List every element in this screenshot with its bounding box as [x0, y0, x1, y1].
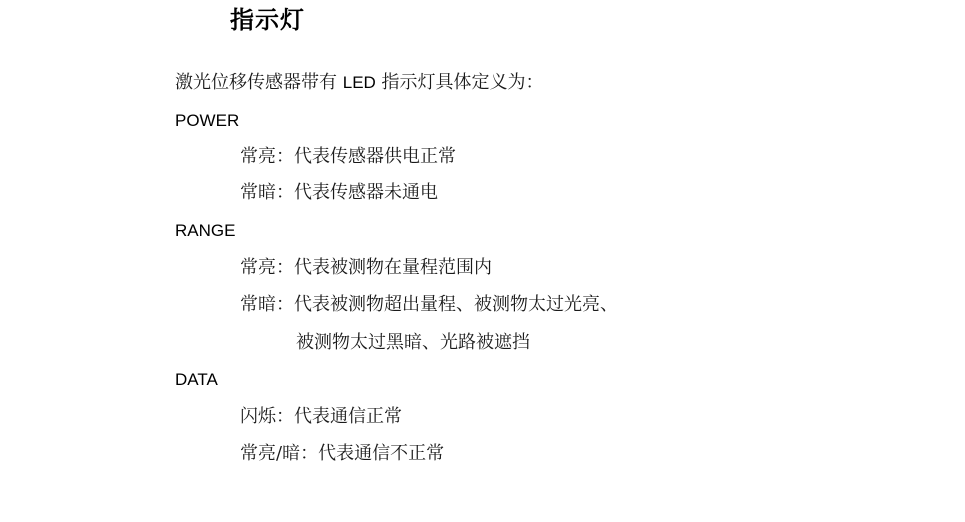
range-off-description: 常暗：代表被测物超出量程、被测物太过光亮、	[240, 293, 618, 317]
range-on-description: 常亮：代表被测物在量程范围内	[240, 256, 492, 280]
intro-text-after: 指示灯具体定义为：	[376, 72, 544, 93]
power-on-description: 常亮：代表传感器供电正常	[240, 145, 456, 169]
range-label: RANGE	[175, 219, 235, 243]
data-steady-description: 常亮/暗：代表通信不正常	[240, 442, 444, 466]
data-blink-description: 闪烁：代表通信正常	[240, 405, 402, 429]
intro-paragraph: 激光位移传感器带有 LED 指示灯具体定义为：	[175, 71, 544, 95]
intro-led-term: LED	[343, 73, 376, 92]
section-title: 指示灯	[230, 4, 305, 36]
intro-text-before: 激光位移传感器带有	[175, 72, 343, 93]
data-label: DATA	[175, 368, 218, 392]
power-off-description: 常暗：代表传感器未通电	[240, 181, 438, 205]
power-label: POWER	[175, 109, 239, 133]
range-off-description-continued: 被测物太过黑暗、光路被遮挡	[296, 331, 530, 355]
